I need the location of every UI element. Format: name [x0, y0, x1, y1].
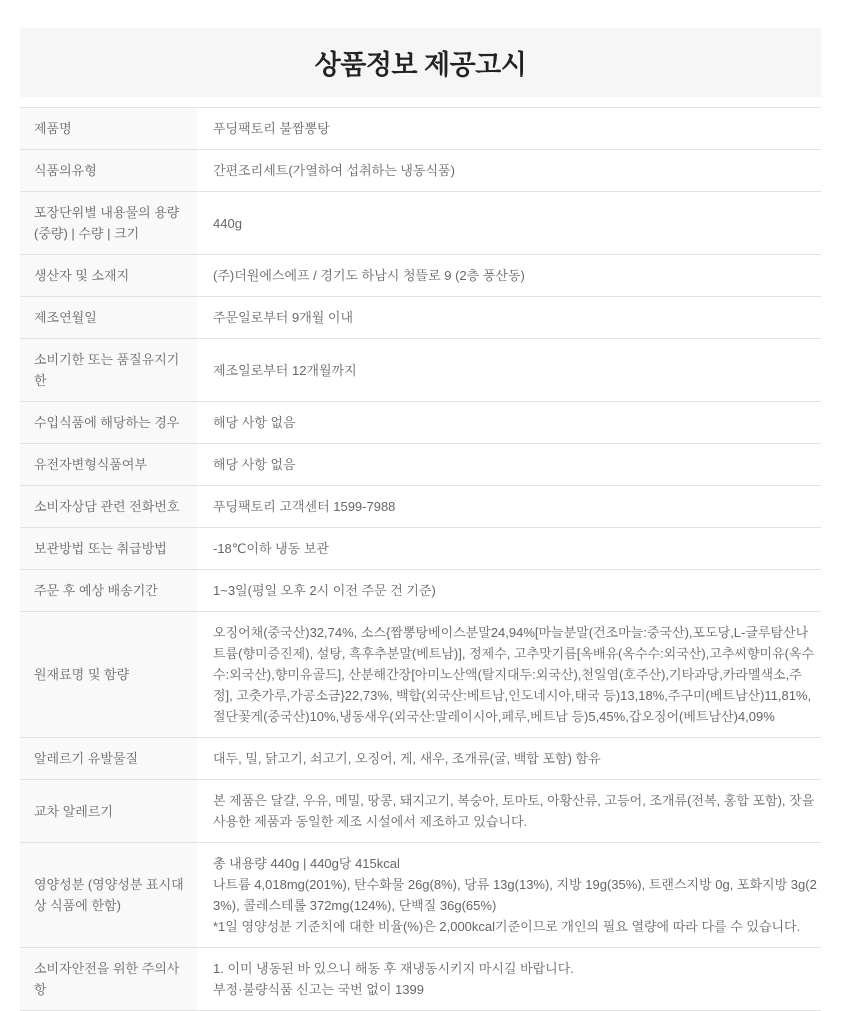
- value-line: 해당 사항 없음: [213, 454, 817, 475]
- table-row: 수입식품에 해당하는 경우해당 사항 없음: [20, 402, 821, 444]
- row-value: 1. 이미 냉동된 바 있으니 해동 후 재냉동시키지 마시길 바랍니다.부정·…: [197, 948, 821, 1010]
- value-line: 제조일로부터 12개월까지: [213, 360, 817, 381]
- row-value: 간편조리세트(가열하여 섭취하는 냉동식품): [197, 150, 821, 191]
- value-line: 나트륨 4,018mg(201%), 탄수화물 26g(8%), 당류 13g(…: [213, 874, 817, 916]
- table-row: 식품의유형간편조리세트(가열하여 섭취하는 냉동식품): [20, 150, 821, 192]
- row-value: 오징어채(중국산)32,74%, 소스{짬뽕탕베이스분말24,94%[마늘분말(…: [197, 612, 821, 737]
- row-value: 해당 사항 없음: [197, 444, 821, 485]
- row-value: 푸딩팩토리 불짬뽕탕: [197, 108, 821, 149]
- value-line: 대두, 밀, 닭고기, 쇠고기, 오징어, 게, 새우, 조개류(굴, 백합 포…: [213, 748, 817, 769]
- table-row: 제조연월일주문일로부터 9개월 이내: [20, 297, 821, 339]
- row-label: 생산자 및 소재지: [20, 255, 197, 296]
- row-value: 푸딩팩토리 고객센터 1599-7988: [197, 486, 821, 527]
- table-row: 포장단위별 내용물의 용량 (중량) | 수량 | 크기440g: [20, 192, 821, 255]
- row-label: 교차 알레르기: [20, 780, 197, 842]
- table-row: 소비자안전을 위한 주의사항1. 이미 냉동된 바 있으니 해동 후 재냉동시키…: [20, 948, 821, 1011]
- value-line: 푸딩팩토리 고객센터 1599-7988: [213, 496, 817, 517]
- row-label: 알레르기 유발물질: [20, 738, 197, 779]
- row-value: 해당 사항 없음: [197, 402, 821, 443]
- row-label: 소비자상담 관련 전화번호: [20, 486, 197, 527]
- table-row: 유전자변형식품여부해당 사항 없음: [20, 444, 821, 486]
- row-label: 수입식품에 해당하는 경우: [20, 402, 197, 443]
- table-row: 교차 알레르기본 제품은 달걀, 우유, 메밀, 땅콩, 돼지고기, 복숭아, …: [20, 780, 821, 843]
- table-row: 소비기한 또는 품질유지기한제조일로부터 12개월까지: [20, 339, 821, 402]
- value-line: 오징어채(중국산)32,74%, 소스{짬뽕탕베이스분말24,94%[마늘분말(…: [213, 622, 817, 727]
- row-label: 제조연월일: [20, 297, 197, 338]
- row-label: 포장단위별 내용물의 용량 (중량) | 수량 | 크기: [20, 192, 197, 254]
- value-line: 해당 사항 없음: [213, 412, 817, 433]
- product-info-page: 상품정보 제공고시 제품명푸딩팩토리 불짬뽕탕식품의유형간편조리세트(가열하여 …: [0, 0, 841, 1011]
- table-row: 원재료명 및 함량오징어채(중국산)32,74%, 소스{짬뽕탕베이스분말24,…: [20, 612, 821, 738]
- row-value: 440g: [197, 192, 821, 254]
- row-label: 식품의유형: [20, 150, 197, 191]
- row-value: 대두, 밀, 닭고기, 쇠고기, 오징어, 게, 새우, 조개류(굴, 백합 포…: [197, 738, 821, 779]
- value-line: 푸딩팩토리 불짬뽕탕: [213, 118, 817, 139]
- row-label: 유전자변형식품여부: [20, 444, 197, 485]
- value-line: *1일 영양성분 기준치에 대한 비율(%)은 2,000kcal기준이므로 개…: [213, 916, 817, 937]
- row-label: 주문 후 예상 배송기간: [20, 570, 197, 611]
- row-label: 영양성분 (영양성분 표시대상 식품에 한함): [20, 843, 197, 947]
- value-line: 1~3일(평일 오후 2시 이전 주문 건 기준): [213, 580, 817, 601]
- table-row: 보관방법 또는 취급방법-18℃이하 냉동 보관: [20, 528, 821, 570]
- table-row: 소비자상담 관련 전화번호푸딩팩토리 고객센터 1599-7988: [20, 486, 821, 528]
- value-line: 부정·불량식품 신고는 국번 없이 1399: [213, 979, 817, 1000]
- value-line: 1. 이미 냉동된 바 있으니 해동 후 재냉동시키지 마시길 바랍니다.: [213, 958, 817, 979]
- page-title-band: 상품정보 제공고시: [20, 28, 821, 97]
- row-label: 제품명: [20, 108, 197, 149]
- table-row: 주문 후 예상 배송기간1~3일(평일 오후 2시 이전 주문 건 기준): [20, 570, 821, 612]
- page-title: 상품정보 제공고시: [315, 43, 527, 82]
- value-line: 440g: [213, 213, 817, 234]
- value-line: 간편조리세트(가열하여 섭취하는 냉동식품): [213, 160, 817, 181]
- value-line: 주문일로부터 9개월 이내: [213, 307, 817, 328]
- value-line: 본 제품은 달걀, 우유, 메밀, 땅콩, 돼지고기, 복숭아, 토마토, 아황…: [213, 790, 817, 832]
- row-value: 주문일로부터 9개월 이내: [197, 297, 821, 338]
- table-row: 제품명푸딩팩토리 불짬뽕탕: [20, 108, 821, 150]
- row-label: 보관방법 또는 취급방법: [20, 528, 197, 569]
- row-value: (주)더원에스에프 / 경기도 하남시 청뜰로 9 (2층 풍산동): [197, 255, 821, 296]
- value-line: (주)더원에스에프 / 경기도 하남시 청뜰로 9 (2층 풍산동): [213, 265, 817, 286]
- table-row: 영양성분 (영양성분 표시대상 식품에 한함)총 내용량 440g | 440g…: [20, 843, 821, 948]
- row-label: 소비자안전을 위한 주의사항: [20, 948, 197, 1010]
- row-value: 제조일로부터 12개월까지: [197, 339, 821, 401]
- row-label: 원재료명 및 함량: [20, 612, 197, 737]
- row-value: 총 내용량 440g | 440g당 415kcal나트륨 4,018mg(20…: [197, 843, 821, 947]
- row-label: 소비기한 또는 품질유지기한: [20, 339, 197, 401]
- table-row: 생산자 및 소재지(주)더원에스에프 / 경기도 하남시 청뜰로 9 (2층 풍…: [20, 255, 821, 297]
- value-line: -18℃이하 냉동 보관: [213, 538, 817, 559]
- row-value: 본 제품은 달걀, 우유, 메밀, 땅콩, 돼지고기, 복숭아, 토마토, 아황…: [197, 780, 821, 842]
- row-value: -18℃이하 냉동 보관: [197, 528, 821, 569]
- table-row: 알레르기 유발물질대두, 밀, 닭고기, 쇠고기, 오징어, 게, 새우, 조개…: [20, 738, 821, 780]
- value-line: 총 내용량 440g | 440g당 415kcal: [213, 853, 817, 874]
- info-table: 제품명푸딩팩토리 불짬뽕탕식품의유형간편조리세트(가열하여 섭취하는 냉동식품)…: [20, 107, 821, 1011]
- row-value: 1~3일(평일 오후 2시 이전 주문 건 기준): [197, 570, 821, 611]
